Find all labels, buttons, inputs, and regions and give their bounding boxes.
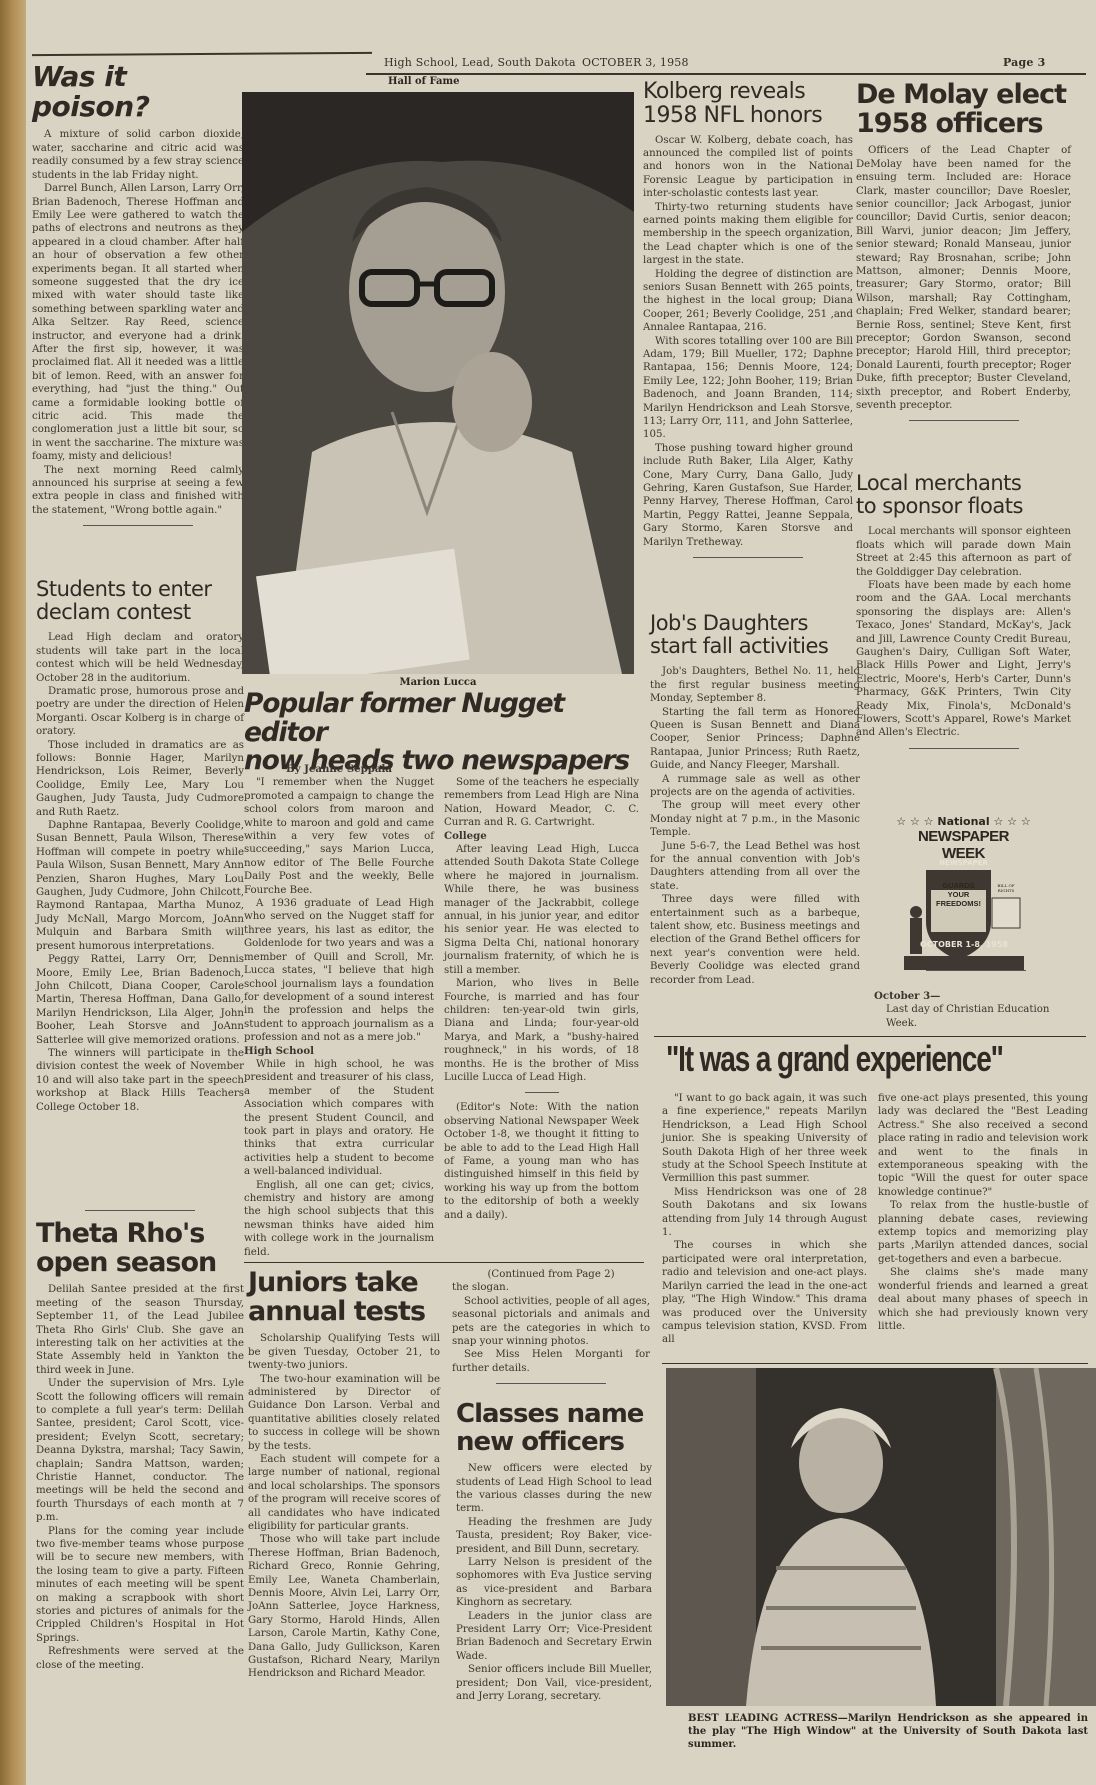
logo-national: National [937, 815, 989, 828]
logo-top: ☆ ☆ ☆ National ☆ ☆ ☆ [896, 815, 1031, 828]
article-grand-experience: "It was a grand experience" [666, 1040, 1086, 1079]
paragraph: The group will meet every other Monday n… [650, 799, 860, 839]
photo-caption-marion-lucca: Marion Lucca [242, 677, 634, 688]
article-jobs-daughters: Job's Daughters start fall activities Jo… [650, 612, 860, 987]
paragraph: Starting the fall term as Honored Queen … [650, 706, 860, 773]
article-theta-rho: Theta Rho's open season Delilah Santee p… [36, 1210, 244, 1672]
shield-line2: FREEDOMS! [931, 899, 986, 908]
paragraph: Refreshments were served at the close of… [36, 1645, 244, 1672]
article-body: Officers of the Lead Chapter of DeMolay … [856, 144, 1071, 412]
divider [244, 1262, 644, 1263]
divider [85, 1210, 195, 1211]
photo-caption-best-leading-actress: BEST LEADING ACTRESS—Marilyn Hendrickson… [688, 1712, 1088, 1751]
hall-of-fame-label: Hall of Fame [388, 76, 459, 87]
article-juniors-tests: Juniors take annual tests Scholarship Qu… [248, 1268, 440, 1681]
article-demolay-officers: De Molay elect 1958 officers Officers of… [856, 80, 1071, 429]
paragraph: Larry Nelson is president of the sophomo… [456, 1556, 652, 1610]
banner-date: OCTOBER 1-8, 1958 [904, 940, 1024, 949]
paragraph: Miss Hendrickson was one of 28 South Dak… [662, 1186, 867, 1240]
subhead-college: College [444, 830, 639, 843]
headline-line1: Kolberg reveals [643, 80, 853, 104]
article-declam-contest: Students to enter declam contest Lead Hi… [36, 578, 244, 1114]
headline-line2: open season [36, 1248, 244, 1277]
paragraph: June 5-6-7, the Lead Bethel was host for… [650, 840, 860, 894]
paragraph: Those pushing toward higher ground inclu… [643, 442, 853, 549]
headline: "It was a grand experience" [666, 1040, 994, 1079]
masthead-rule [366, 73, 1086, 75]
editors-note: (Editor's Note: With the nation observin… [444, 1101, 639, 1222]
divider [496, 1383, 606, 1384]
paragraph: After leaving Lead High, Lucca attended … [444, 843, 639, 977]
shield-icon [896, 862, 1031, 972]
divider [693, 557, 803, 558]
shield-text: GUARDS YOUR FREEDOMS! [931, 881, 986, 908]
paragraph: Under the supervision of Mrs. Lyle Scott… [36, 1377, 244, 1524]
divider [662, 1363, 1088, 1364]
page-number: Page 3 [1003, 56, 1045, 69]
paragraph: Officers of the Lead Chapter of DeMolay … [856, 144, 1071, 412]
shield-line1: GUARDS YOUR [931, 881, 986, 899]
paragraph: Heading the freshmen are Judy Tausta, pr… [456, 1516, 652, 1556]
paragraph: Marion, who lives in Belle Fourche, is m… [444, 977, 639, 1084]
newspaper-page: High School, Lead, South Dakota OCTOBER … [26, 0, 1096, 1785]
article-classes-officers: Classes name new officers New officers w… [456, 1400, 652, 1703]
paragraph: Each student will compete for a large nu… [248, 1453, 440, 1533]
paragraph: Job's Daughters, Bethel No. 11, held the… [650, 665, 860, 705]
paragraph: School activities, people of all ages, s… [452, 1295, 650, 1349]
paragraph: Leaders in the junior class are Presiden… [456, 1610, 652, 1664]
masthead-rule-left [32, 52, 372, 56]
paragraph: The winners will participate in the divi… [36, 1047, 244, 1114]
paragraph: Local merchants will sponsor eighteen fl… [856, 525, 1071, 579]
paragraph: Some of the teachers he especially remem… [444, 776, 639, 830]
article-body: Delilah Santee presided at the first mee… [36, 1283, 244, 1672]
byline: By Jeanne Seppala [244, 763, 434, 776]
paragraph: Delilah Santee presided at the first mee… [36, 1283, 244, 1377]
paragraph: Three days were filled with entertainmen… [650, 893, 860, 987]
paragraph: The next morning Reed calmly announced h… [32, 464, 244, 518]
nugget-editor-column-1: By Jeanne Seppala "I remember when the N… [244, 763, 434, 1259]
headline-line2: start fall activities [650, 635, 860, 658]
article-local-merchants: Local merchants to sponsor floats Local … [856, 472, 1071, 757]
paragraph: The two-hour examination will be adminis… [248, 1373, 440, 1453]
logo-title: NEWSPAPER WEEK [896, 828, 1031, 862]
shield-newspaper-label: NEWSPAPER [931, 859, 996, 867]
headline-line1: Juniors take [248, 1268, 440, 1297]
article-body: New officers were elected by students of… [456, 1462, 652, 1703]
calendar-text: Last day of Christian Education Week. [874, 1003, 1074, 1030]
paragraph: Dramatic prose, humorous prose and poetr… [36, 685, 244, 739]
divider [909, 420, 1019, 421]
paragraph: "I want to go back again, it was such a … [662, 1092, 867, 1186]
paragraph: "I remember when the Nugget promoted a c… [244, 776, 434, 897]
paragraph: See Miss Helen Morganti for further deta… [452, 1348, 650, 1375]
marilyn-hendrickson-photo [666, 1368, 1096, 1706]
continued-label: (Continued from Page 2) [452, 1268, 650, 1281]
headline-line1: Local merchants [856, 472, 1071, 495]
paragraph: Oscar W. Kolberg, debate coach, has anno… [643, 134, 853, 201]
paragraph: To relax from the hustle-bustle of plann… [878, 1199, 1088, 1266]
headline-line2: to sponsor floats [856, 495, 1071, 518]
article-was-it-poison: Was it poison? A mixture of solid carbon… [32, 62, 244, 534]
paragraph: the slogan. [452, 1281, 650, 1294]
paragraph: Scholarship Qualifying Tests will be giv… [248, 1332, 440, 1372]
headline-line1: Theta Rho's [36, 1219, 244, 1248]
stars-icon: ☆ ☆ ☆ [896, 815, 933, 828]
paragraph: A mixture of solid carbon dioxide, water… [32, 128, 244, 182]
article-body: Job's Daughters, Bethel No. 11, held the… [650, 665, 860, 987]
marion-lucca-photo [242, 92, 634, 674]
grand-experience-column-2: five one-act plays presented, this young… [878, 1092, 1088, 1333]
paragraph: New officers were elected by students of… [456, 1462, 652, 1516]
headline-line2: annual tests [248, 1297, 440, 1326]
headline-line2: 1958 officers [856, 109, 1071, 138]
divider [654, 1036, 1086, 1037]
stars-icon: ☆ ☆ ☆ [993, 815, 1030, 828]
paragraph: Plans for the coming year include two fi… [36, 1525, 244, 1646]
paragraph: Holding the degree of distinction are se… [643, 268, 853, 335]
article-body: A mixture of solid carbon dioxide, water… [32, 128, 244, 517]
paragraph: Floats have been made by each home room … [856, 579, 1071, 740]
paragraph: A rummage sale as well as other projects… [650, 773, 860, 800]
article-continued-photo-contest: (Continued from Page 2) the slogan. Scho… [452, 1268, 650, 1392]
actress-illustration [666, 1368, 1096, 1706]
divider [909, 748, 1019, 749]
paragraph: With scores totalling over 100 are Bill … [643, 335, 853, 442]
headline-line2: 1958 NFL honors [643, 104, 853, 128]
nugget-editor-column-2: Some of the teachers he especially remem… [444, 776, 639, 1222]
article-body: Lead High declam and oratory students wi… [36, 631, 244, 1114]
paragraph: Senior officers include Bill Mueller, pr… [456, 1663, 652, 1703]
paragraph: five one-act plays presented, this young… [878, 1092, 1088, 1199]
paragraph: She claims she's made many wonderful fri… [878, 1266, 1088, 1333]
paragraph: A 1936 graduate of Lead High who served … [244, 897, 434, 1044]
headline-line1: De Molay elect [856, 80, 1071, 109]
subhead-high-school: High School [244, 1045, 434, 1058]
headline-line1: Classes name [456, 1400, 652, 1428]
paragraph: While in high school, he was president a… [244, 1058, 434, 1179]
paragraph: Darrel Bunch, Allen Larson, Larry Orr, B… [32, 182, 244, 464]
portrait-illustration [242, 92, 634, 674]
paragraph: Daphne Rantapaa, Beverly Coolidge, Susan… [36, 819, 244, 953]
paragraph: Lead High declam and oratory students wi… [36, 631, 244, 685]
headline: Students to enter declam contest [36, 578, 244, 623]
paragraph: Those who will take part include Therese… [248, 1533, 440, 1680]
paragraph: The courses in which she participated we… [662, 1239, 867, 1346]
article-body: Oscar W. Kolberg, debate coach, has anno… [643, 134, 853, 550]
masthead-date: OCTOBER 3, 1958 [582, 56, 689, 69]
article-kolberg-nfl: Kolberg reveals 1958 NFL honors Oscar W.… [643, 80, 853, 566]
headline: Was it poison? [32, 62, 244, 122]
grand-experience-column-1: "I want to go back again, it was such a … [662, 1092, 867, 1347]
divider [83, 525, 193, 526]
divider [525, 1092, 559, 1093]
paragraph: Thirty-two returning students have earne… [643, 201, 853, 268]
divider [926, 970, 1026, 971]
article-body: Scholarship Qualifying Tests will be giv… [248, 1332, 440, 1681]
headline-line1: Job's Daughters [650, 612, 860, 635]
calendar-date: October 3— [874, 990, 1074, 1003]
paragraph: Those included in dramatics are as follo… [36, 739, 244, 819]
headline-line2: new officers [456, 1428, 652, 1456]
calendar-note: October 3— Last day of Christian Educati… [874, 990, 1074, 1030]
scroll-text: BILL OF RIGHTS [992, 883, 1020, 893]
paragraph: English, all one can get; civics, chemis… [244, 1179, 434, 1259]
national-newspaper-week-logo: ☆ ☆ ☆ National ☆ ☆ ☆ NEWSPAPER WEEK NEWS… [896, 815, 1031, 960]
masthead-location: High School, Lead, South Dakota [384, 56, 576, 69]
article-body: Local merchants will sponsor eighteen fl… [856, 525, 1071, 740]
headline-line1: Popular former Nugget editor [244, 690, 644, 747]
paragraph: Peggy Rattei, Larry Orr, Dennis Moore, E… [36, 953, 244, 1047]
